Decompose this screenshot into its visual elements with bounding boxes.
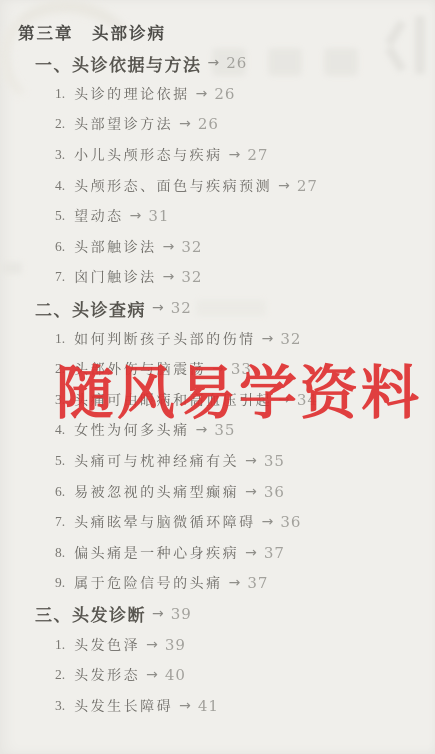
toc-section-row: 二、头诊查病→32 [0, 293, 435, 324]
toc-item-row: 8.偏头痛是一种心身疾病→37 [0, 538, 435, 569]
toc-entry-number: 1. [55, 331, 65, 347]
toc-item-row: 2.头部望诊方法→26 [0, 109, 435, 140]
toc-entry-page: 26 [226, 54, 247, 72]
arrow-icon: → [152, 606, 164, 622]
arrow-icon: → [245, 484, 257, 500]
arrow-icon: → [163, 269, 175, 285]
toc-entry-title: 易被忽视的头痛型癫痫 [74, 482, 239, 502]
toc-entry-title: 头发形态 [74, 665, 140, 685]
toc-entry-page: 36 [264, 483, 285, 501]
toc-entry-page: 27 [297, 177, 318, 195]
toc-entry-title: 偏头痛是一种心身疾病 [74, 543, 239, 563]
toc-entry-page: 32 [280, 330, 301, 348]
toc-entry-page: 32 [171, 299, 192, 317]
toc-item-row: 4.头颅形态、面色与疾病预测→27 [0, 170, 435, 201]
arrow-icon: → [179, 698, 191, 714]
arrow-icon: → [262, 514, 274, 530]
toc-section-row: 三、头发诊断→39 [0, 599, 435, 630]
toc-entry-page: 41 [198, 697, 219, 715]
arrow-icon: → [179, 116, 191, 132]
toc-entry-number: 5. [55, 208, 65, 224]
toc-item-row: 7.头痛眩晕与脑微循环障碍→36 [0, 507, 435, 538]
arrow-icon: → [146, 667, 158, 683]
toc-item-row: 1.头诊的理论依据→26 [0, 79, 435, 110]
toc-entry-title: 望动态 [74, 206, 124, 226]
toc-entry-title: 头痛可与枕神经痛有关 [74, 451, 239, 471]
toc-item-row: 7.囟门触诊法→32 [0, 262, 435, 293]
toc-entry-title: 头诊依据与方法 [72, 51, 202, 76]
toc-entry-title: 头发生长障碍 [74, 696, 173, 716]
toc-entry-page: 32 [181, 268, 202, 286]
toc-entry-page: 40 [165, 666, 186, 684]
toc-entry-title: 头颅形态、面色与疾病预测 [74, 176, 272, 196]
toc-entry-number: 6. [55, 239, 65, 255]
toc-entry-title: 囟门触诊法 [74, 267, 157, 287]
toc-entry-page: 39 [165, 636, 186, 654]
toc-entry-title: 头发色泽 [74, 635, 140, 655]
arrow-icon: → [278, 178, 290, 194]
toc-entry-page: 36 [280, 513, 301, 531]
toc-entry-title: 头诊的理论依据 [74, 84, 190, 104]
toc-entry-number: 7. [55, 514, 65, 530]
toc-entry-number: 6. [55, 484, 65, 500]
toc-item-row: 3.小儿头颅形态与疾病→27 [0, 140, 435, 171]
toc-entry-number: 二、 [35, 296, 72, 321]
arrow-icon: → [262, 331, 274, 347]
arrow-icon: → [130, 208, 142, 224]
toc-entry-number: 7. [55, 269, 65, 285]
toc-entry-page: 31 [148, 207, 169, 225]
toc-entry-number: 1. [55, 86, 65, 102]
book-page: 第三章 头部诊病 一、头诊依据与方法→261.头诊的理论依据→262.头部望诊方… [0, 0, 435, 754]
toc-entry-page: 26 [214, 85, 235, 103]
toc-entry-number: 8. [55, 545, 65, 561]
toc-item-row: 2.头发形态→40 [0, 660, 435, 691]
toc-item-row: 3.头发生长障碍→41 [0, 690, 435, 721]
toc-entry-number: 5. [55, 453, 65, 469]
toc-entry-title: 头部触诊法 [74, 237, 157, 257]
arrow-icon: → [196, 86, 208, 102]
toc-entry-title: 头诊查病 [72, 296, 146, 321]
toc-entry-number: 2. [55, 667, 65, 683]
toc-entry-page: 39 [171, 605, 192, 623]
toc-entry-number: 2. [55, 116, 65, 132]
toc-entry-number: 9. [55, 575, 65, 591]
toc-item-row: 5.望动态→31 [0, 201, 435, 232]
toc-entry-page: 27 [247, 146, 268, 164]
arrow-icon: → [152, 300, 164, 316]
chapter-title: 第三章 头部诊病 [18, 20, 166, 44]
toc-entry-title: 头痛眩晕与脑微循环障碍 [74, 512, 256, 532]
toc-entry-number: 3. [55, 147, 65, 163]
toc-item-row: 5.头痛可与枕神经痛有关→35 [0, 446, 435, 477]
toc-section-row: 一、头诊依据与方法→26 [0, 48, 435, 79]
toc-entry-title: 小儿头颅形态与疾病 [74, 145, 223, 165]
arrow-icon: → [208, 55, 220, 71]
toc-entry-page: 32 [181, 238, 202, 256]
arrow-icon: → [146, 637, 158, 653]
toc-entry-title: 属于危险信号的头痛 [74, 573, 223, 593]
toc-entry-number: 三、 [35, 601, 72, 626]
arrow-icon: → [245, 453, 257, 469]
toc-entry-page: 35 [264, 452, 285, 470]
toc-entry-title: 头发诊断 [72, 601, 146, 626]
arrow-icon: → [229, 575, 241, 591]
arrow-icon: → [245, 545, 257, 561]
toc-item-row: 6.头部触诊法→32 [0, 232, 435, 263]
toc-entry-page: 37 [264, 544, 285, 562]
toc-entry-number: 3. [55, 698, 65, 714]
watermark-text: 随风易学资料 [56, 346, 422, 430]
toc-entry-number: 4. [55, 178, 65, 194]
toc-item-row: 1.头发色泽→39 [0, 629, 435, 660]
toc-item-row: 6.易被忽视的头痛型癫痫→36 [0, 476, 435, 507]
toc-entry-number: 1. [55, 637, 65, 653]
arrow-icon: → [163, 239, 175, 255]
toc-entry-title: 头部望诊方法 [74, 114, 173, 134]
toc-entry-page: 37 [247, 574, 268, 592]
toc-item-row: 9.属于危险信号的头痛→37 [0, 568, 435, 599]
toc-entry-number: 一、 [35, 51, 72, 76]
arrow-icon: → [229, 147, 241, 163]
toc-entry-page: 26 [198, 115, 219, 133]
